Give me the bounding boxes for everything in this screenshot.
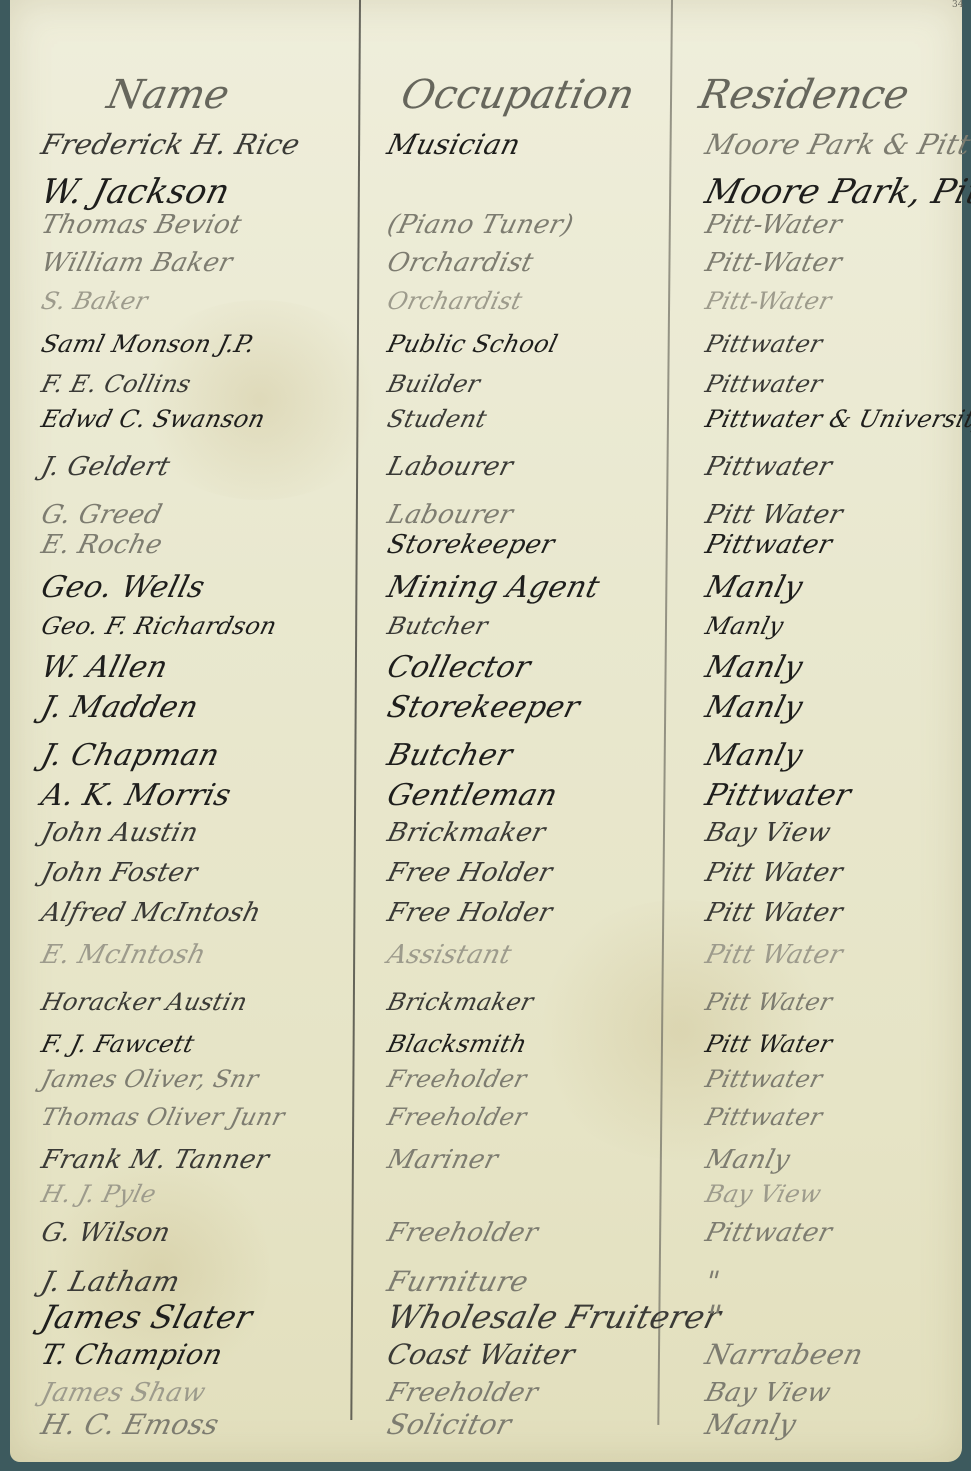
entry-name: H. J. Pyle <box>39 1180 160 1208</box>
entry-residence: Bay View <box>702 1378 834 1408</box>
entry-occupation: Freeholder <box>384 1378 541 1408</box>
page-number: 34 <box>952 0 963 10</box>
header-occupation: Occupation <box>397 72 638 118</box>
entry-residence: Pittwater <box>703 1065 826 1093</box>
register-row: Thomas Oliver JunrFreeholderPittwater <box>10 1103 962 1143</box>
entry-occupation: Blacksmith <box>385 1030 530 1058</box>
entry-name: J. Geldert <box>38 452 173 482</box>
register-row: E. RocheStorekeeperPittwater <box>10 530 962 570</box>
entry-occupation: Freeholder <box>385 1065 530 1093</box>
register-row: S. BakerOrchardistPitt-Water <box>10 287 962 327</box>
entry-name: Geo. F. Richardson <box>39 612 280 640</box>
entry-occupation: Musician <box>384 128 524 161</box>
entry-name: William Baker <box>38 248 236 278</box>
entry-residence: Manly <box>702 650 807 685</box>
register-row: A. K. MorrisGentlemanPittwater <box>10 778 962 818</box>
entry-occupation: Furniture <box>384 1265 532 1298</box>
register-row: H. J. PyleBay View <box>10 1180 962 1220</box>
entry-residence: Pitt-Water <box>702 248 845 278</box>
entry-occupation: Collector <box>384 650 535 685</box>
register-row: Thomas Beviot(Piano Tuner)Pitt-Water <box>10 210 962 250</box>
register-row: W. AllenCollectorManly <box>10 650 962 690</box>
entry-residence: Pitt-Water <box>703 287 835 315</box>
entry-residence: Pittwater <box>702 778 855 813</box>
entry-residence: Moore Park, Pitt water <box>701 172 971 212</box>
entry-occupation: Public School <box>385 330 561 358</box>
entry-occupation: Butcher <box>385 612 491 640</box>
entry-occupation: Storekeeper <box>384 690 584 725</box>
entry-residence: Manly <box>702 690 807 725</box>
entry-name: Thomas Oliver Junr <box>39 1103 288 1131</box>
register-row: G. WilsonFreeholderPittwater <box>10 1218 962 1258</box>
entry-residence: Pitt Water <box>702 858 846 888</box>
register-row: Geo. F. RichardsonButcherManly <box>10 612 962 652</box>
entry-name: J. Chapman <box>38 738 224 773</box>
entry-name: G. Greed <box>38 500 165 530</box>
entry-residence: Pittwater & University <box>703 405 971 433</box>
entry-residence: Pitt-Water <box>702 210 845 240</box>
entry-residence: Pittwater <box>703 1103 826 1131</box>
entry-name: T. Champion <box>38 1338 226 1371</box>
register-row: H. C. EmossSolicitorManly <box>10 1408 962 1448</box>
entry-occupation: Labourer <box>384 500 516 530</box>
entry-occupation: Storekeeper <box>384 530 558 560</box>
register-row: J. MaddenStorekeeperManly <box>10 690 962 730</box>
register-row: T. ChampionCoast WaiterNarrabeen <box>10 1338 962 1378</box>
entry-name: Frank M. Tanner <box>38 1145 272 1175</box>
register-row: Saml Monson J.P.Public SchoolPittwater <box>10 330 962 370</box>
entry-name: F. J. Fawcett <box>39 1030 198 1058</box>
entry-occupation: Freeholder <box>384 1218 541 1248</box>
entry-occupation: Mining Agent <box>384 570 604 605</box>
entry-name: James Slater <box>37 1298 256 1336</box>
entry-residence: Pitt Water <box>702 940 846 970</box>
register-row: James SlaterWholesale Fruiterer" <box>10 1298 962 1338</box>
entry-residence: Pitt Water <box>702 898 846 928</box>
entry-occupation: Free Holder <box>384 898 555 928</box>
entry-residence: Pittwater <box>703 330 826 358</box>
entry-name: Frederick H. Rice <box>38 128 304 161</box>
entry-residence: Pitt Water <box>703 1030 836 1058</box>
entry-occupation: Labourer <box>384 452 516 482</box>
entry-occupation: Builder <box>385 370 484 398</box>
entry-residence: Pitt Water <box>703 988 836 1016</box>
register-row: W. JacksonMoore Park, Pitt water <box>10 172 962 212</box>
entry-name: Geo. Wells <box>38 570 209 605</box>
entry-name: G. Wilson <box>38 1218 173 1248</box>
entry-occupation: Brickmaker <box>384 818 548 848</box>
entry-occupation: Brickmaker <box>385 988 537 1016</box>
entry-occupation: Freeholder <box>385 1103 530 1131</box>
entry-name: E. McIntosh <box>38 940 209 970</box>
register-row: Alfred McIntoshFree HolderPitt Water <box>10 898 962 938</box>
entry-residence: Pittwater <box>703 370 826 398</box>
entry-residence: Pitt Water <box>702 500 846 530</box>
entry-name: F. E. Collins <box>39 370 194 398</box>
register-row: John FosterFree HolderPitt Water <box>10 858 962 898</box>
entry-name: James Shaw <box>38 1378 208 1408</box>
register-row: John AustinBrickmakerBay View <box>10 818 962 858</box>
entry-residence: Manly <box>702 1145 793 1175</box>
entry-occupation: Butcher <box>384 738 516 773</box>
entry-name: E. Roche <box>38 530 165 560</box>
entry-residence: Pittwater <box>702 1218 835 1248</box>
entry-name: Alfred McIntosh <box>38 898 264 928</box>
entry-occupation: Free Holder <box>384 858 555 888</box>
register-row: Horacker AustinBrickmakerPitt Water <box>10 988 962 1028</box>
register-row: Frank M. TannerMarinerManly <box>10 1145 962 1185</box>
entry-name: A. K. Morris <box>38 778 235 813</box>
entry-occupation: Gentleman <box>384 778 562 813</box>
entry-occupation: Solicitor <box>384 1408 515 1441</box>
entry-name: W. Jackson <box>37 172 234 212</box>
entry-name: J. Latham <box>38 1265 184 1298</box>
register-row: Edwd C. SwansonStudentPittwater & Univer… <box>10 405 962 445</box>
register-page: 34 Name Occupation Residence Frederick H… <box>10 0 962 1462</box>
entry-name: J. Madden <box>38 690 202 725</box>
entry-occupation: Mariner <box>384 1145 501 1175</box>
entry-occupation: Assistant <box>384 940 514 970</box>
entry-occupation: Orchardist <box>384 248 536 278</box>
entry-name: John Foster <box>38 858 200 888</box>
entry-name: Edwd C. Swanson <box>39 405 269 433</box>
entry-residence: Bay View <box>702 818 834 848</box>
register-row: Frederick H. RiceMusicianMoore Park & Pi… <box>10 128 962 168</box>
register-row: F. J. FawcettBlacksmithPitt Water <box>10 1030 962 1070</box>
entry-name: John Austin <box>38 818 201 848</box>
register-row: F. E. CollinsBuilderPittwater <box>10 370 962 410</box>
entry-residence: " <box>702 1265 723 1298</box>
register-row: J. ChapmanButcherManly <box>10 738 962 778</box>
register-row: J. GeldertLabourerPittwater <box>10 452 962 492</box>
entry-name: Saml Monson J.P. <box>39 330 258 358</box>
entry-occupation: Orchardist <box>385 287 526 315</box>
entry-residence: Manly <box>702 1408 800 1441</box>
register-row: Geo. WellsMining AgentManly <box>10 570 962 610</box>
entry-residence: Narrabeen <box>702 1338 867 1371</box>
entry-name: W. Allen <box>38 650 172 685</box>
register-row: William BakerOrchardistPitt-Water <box>10 248 962 288</box>
entry-residence: Pittwater <box>702 452 835 482</box>
entry-residence: Manly <box>702 738 807 773</box>
entry-residence: Manly <box>703 612 787 640</box>
register-row: E. McIntoshAssistantPitt Water <box>10 940 962 980</box>
entry-name: Thomas Beviot <box>38 210 244 240</box>
entry-occupation: Wholesale Fruiterer <box>383 1298 725 1336</box>
entry-residence: Bay View <box>703 1180 825 1208</box>
register-row: James Oliver, SnrFreeholderPittwater <box>10 1065 962 1105</box>
header-name: Name <box>103 72 233 118</box>
entry-name: James Oliver, Snr <box>39 1065 262 1093</box>
entry-residence: Pittwater <box>702 530 835 560</box>
entry-occupation: Coast Waiter <box>384 1338 579 1371</box>
entry-name: Horacker Austin <box>39 988 251 1016</box>
entry-name: H. C. Emoss <box>38 1408 223 1441</box>
entry-residence: Manly <box>702 570 807 605</box>
entry-residence: Moore Park & Pittwater <box>702 128 971 161</box>
entry-occupation: (Piano Tuner) <box>384 210 576 240</box>
header-residence: Residence <box>695 72 913 118</box>
entry-occupation: Student <box>385 405 490 433</box>
entry-name: S. Baker <box>39 287 151 315</box>
